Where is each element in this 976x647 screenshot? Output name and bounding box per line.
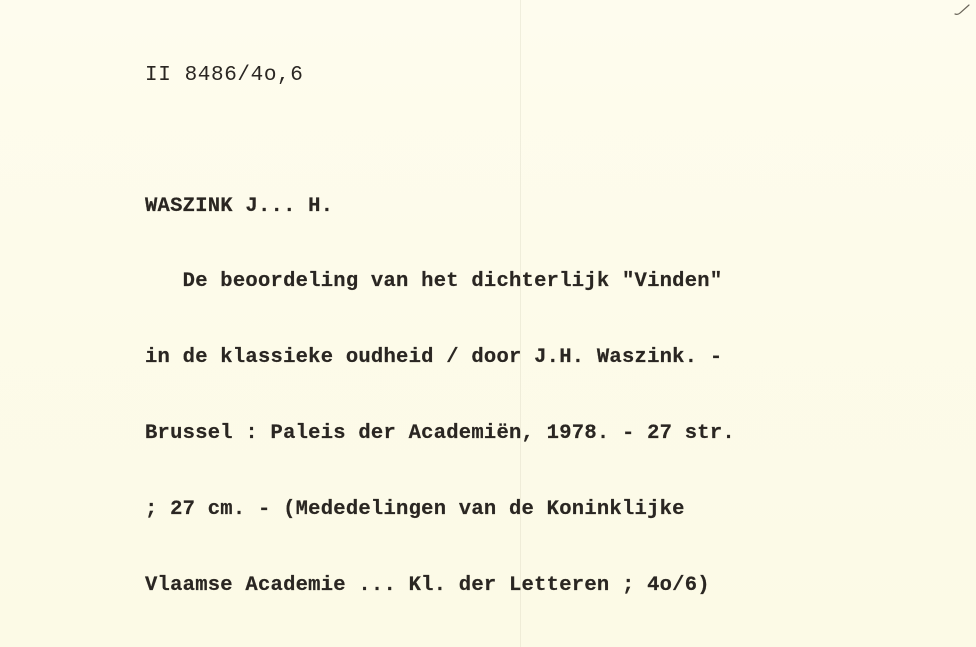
- description-line: Brussel : Paleis der Academiën, 1978. - …: [145, 421, 735, 446]
- call-number: II 8486/4o,6: [145, 64, 303, 87]
- catalog-card: II 8486/4o,6 WASZINK J... H. De beoordel…: [0, 0, 976, 647]
- author-heading: WASZINK J... H.: [145, 194, 735, 219]
- catalog-entry: WASZINK J... H. De beoordeling van het d…: [145, 143, 735, 647]
- description-line: in de klassieke oudheid / door J.H. Wasz…: [145, 345, 735, 370]
- description-line: De beoordeling van het dichterlijk "Vind…: [145, 269, 735, 294]
- description-line: ; 27 cm. - (Mededelingen van de Koninkli…: [145, 497, 735, 522]
- description-line: Vlaamse Academie ... Kl. der Letteren ; …: [145, 573, 735, 598]
- check-mark-icon: [954, 4, 970, 16]
